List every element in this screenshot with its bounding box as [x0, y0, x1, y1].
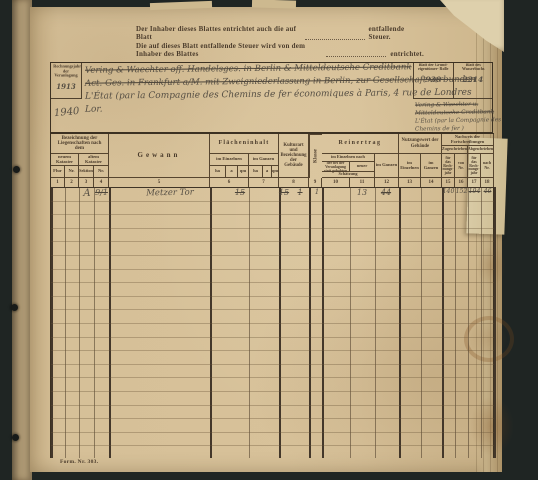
side-handwritten-entries: Vering & Waechter u. Mitteldeutsche Cred… — [415, 102, 493, 134]
grid-hline — [51, 405, 494, 406]
sentence-2-post: entrichtet. — [390, 50, 424, 58]
grid-hline — [51, 255, 494, 256]
blatt-reference-boxes: Blatt der Grund- eigentümer- Rolle 930 B… — [413, 63, 492, 99]
cell-zu-jahr: 140 — [442, 188, 455, 195]
cell-reinertrag-ganzen: 44 — [376, 188, 396, 197]
cell-flaeche-einzeln: 15 — [231, 188, 249, 197]
grid-hline — [51, 296, 494, 297]
grid-hline — [51, 282, 494, 283]
blatt-box-1: Blatt der Grund- eigentümer- Rolle 930 — [413, 63, 453, 99]
grid-hline — [51, 269, 494, 270]
margin-year-note: 1940 — [54, 106, 80, 119]
cell-ab-jahr: 194 — [468, 188, 481, 195]
header-sentence-2: Die auf dieses Blatt entfallende Steuer … — [136, 42, 424, 58]
cell-sektion: A — [80, 188, 94, 199]
blatt-box-2-value: 2214 — [454, 75, 493, 84]
grid-hline — [51, 309, 494, 310]
cell-kulturart: 1 — [293, 188, 307, 197]
fiscal-year-label: Rechnungsjahr der Veranlagung — [53, 63, 79, 79]
cell-gewann: Metzer Tor — [131, 187, 209, 198]
owner-entry-line: Lor. — [85, 101, 413, 117]
sentence-1-pre: Der Inhaber dieses Blattes entrichtet au… — [136, 25, 301, 41]
sentence-1-post: entfallende Steuer. — [369, 25, 424, 41]
grid-hline — [51, 418, 494, 419]
blatt-box-2: Blatt des Wasserbuchs 2214 — [453, 63, 493, 99]
blatt-box-2-label: Blatt des Wasserbuchs — [457, 63, 488, 72]
grid-hline — [51, 377, 494, 378]
binding-hole — [13, 166, 20, 173]
book-gutter — [12, 0, 32, 480]
grid-hline — [51, 241, 494, 242]
dotted-blank — [305, 39, 365, 40]
blatt-box-1-label: Blatt der Grund- eigentümer- Rolle — [418, 63, 449, 72]
cell-zu-nr: 152 — [455, 188, 468, 195]
scanned-ledger-photo: { "header": { "line1_pre": "Der Inhaber … — [0, 0, 538, 480]
owner-entry-box: Rechnungsjahr der Veranlagung 1913 1940 … — [50, 62, 493, 133]
grid-hline — [51, 214, 494, 215]
grid-hline — [51, 337, 494, 338]
cell-reinertrag-neu: 13 — [351, 188, 373, 197]
dotted-blank — [326, 56, 386, 57]
grid-hline — [51, 323, 494, 324]
sentence-2-pre: Die auf dieses Blatt entfallende Steuer … — [136, 42, 322, 58]
grid-hline — [51, 228, 494, 229]
owner-handwritten-entries: Vering & Waechter off. Handelsges. in Be… — [85, 64, 413, 116]
fiscal-year-cell: Rechnungsjahr der Veranlagung 1913 — [51, 63, 82, 99]
grid-hline — [51, 350, 494, 351]
cell-ab-nr: 46 — [481, 188, 494, 195]
grid-hline — [51, 364, 494, 365]
cell-nr-alt: 9/1 — [94, 188, 109, 197]
grid-hline — [51, 432, 494, 433]
table-grid-lines — [51, 134, 494, 459]
header-sentence-1: Der Inhaber dieses Blattes entrichtet au… — [136, 25, 424, 41]
binding-hole — [12, 434, 19, 441]
grid-vline — [494, 187, 496, 458]
cell-klasse: 1 — [311, 188, 323, 196]
blatt-box-1-value: 930 — [414, 75, 453, 84]
torn-paper-fragment — [252, 0, 296, 9]
grid-hline — [51, 391, 494, 392]
register-table: Bezeichnung der Liegenschaften nach dem … — [50, 133, 494, 458]
grid-hline — [51, 445, 494, 446]
cell-flaeche-ganzen: 15 — [275, 188, 293, 197]
fiscal-year-value: 1913 — [51, 82, 81, 91]
form-number: Form. Nr. 303. — [60, 459, 98, 465]
table-row: A 9/1 Metzer Tor 15 15 1 1 13 44 140 152… — [51, 188, 494, 202]
binding-hole — [11, 304, 18, 311]
